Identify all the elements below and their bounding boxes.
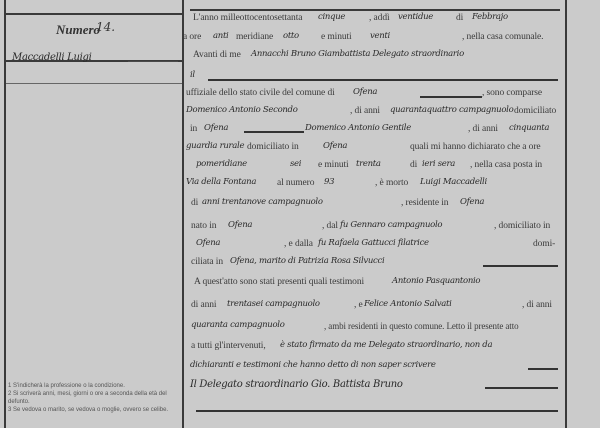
hand-ieri-sera: ieri sera	[422, 159, 455, 169]
hand-residence: Ofena	[460, 197, 484, 207]
text-quali-mi-hanno: quali mi hanno dichiarato che a ore	[410, 142, 541, 152]
hand-deceased: Luigi Maccadelli	[420, 177, 487, 187]
text-dal: , dal	[322, 221, 338, 231]
hand-pomeridiane: pomeridiane	[196, 159, 247, 169]
text-di-3: di	[191, 198, 198, 208]
rule-comune	[420, 96, 482, 98]
text-ufficiale: uffiziale dello stato civile del comune …	[186, 88, 335, 98]
left-thin-rule	[6, 83, 182, 84]
hand-year: cinque	[318, 12, 345, 22]
text-domiciliato-in-2: , domiciliato in	[494, 221, 550, 231]
text-ambi-residenti: , ambi residenti in questo comune. Letto…	[324, 321, 519, 331]
footnotes: 1 S'indicherà la professione o la condiz…	[8, 382, 183, 414]
footnote-2: 2 Si scriverà anni, mesi, giorni o ore a…	[8, 390, 183, 406]
hand-father-place: Ofena	[196, 238, 220, 248]
text-a-ore: a ore	[183, 32, 201, 42]
rule-line19	[528, 368, 558, 370]
text-domiciliato-in: domiciliato in	[247, 142, 299, 152]
text-comparse: , sono comparse	[482, 88, 542, 98]
hand-hour: otto	[283, 31, 299, 41]
hand-witness2-name: Domenico Antonio Gentile	[305, 123, 411, 133]
left-border-line	[4, 0, 6, 428]
register-page: Numero 14. Maccadelli Luigi 1 S'indicher…	[0, 0, 600, 428]
text-e: , e	[354, 300, 363, 310]
column-divider-line	[182, 0, 184, 428]
hand-street: Via della Fontana	[186, 177, 256, 187]
hand-signed-by: è stato firmato da me Delegato straordin…	[280, 340, 492, 350]
text-al-numero: al numero	[277, 178, 314, 188]
text-casa-posta: , nella casa posta in	[470, 160, 542, 170]
hand-declarants: dichiaranti e testimoni che hanno detto …	[190, 360, 436, 370]
rule-line4	[208, 79, 558, 81]
rule-line20	[485, 387, 558, 389]
text-e-minuti: e minuti	[321, 32, 352, 42]
right-border-line	[565, 0, 567, 428]
hand-birthplace: Ofena	[228, 220, 252, 230]
hand-witness4: Felice Antonio Salvati	[364, 299, 452, 309]
text-di-anni-4: , di anni	[522, 300, 552, 310]
numero-value: 14.	[96, 20, 115, 34]
hand-day: ventidue	[398, 12, 433, 22]
hand-anti: anti	[213, 31, 228, 41]
text-residente: , residente in	[401, 198, 448, 208]
top-rule-right	[190, 9, 560, 11]
text-ciliata-in: ciliata in	[191, 257, 223, 267]
rule-bottom	[196, 410, 558, 412]
text-domiciliato: domiciliato	[514, 106, 556, 116]
text-anno: L'anno milleottocentosettanta	[193, 13, 302, 23]
deceased-name-margin: Maccadelli Luigi	[12, 52, 92, 63]
hand-witness1-age: quarantaquattro campagnuolo	[390, 105, 513, 115]
text-addi: , addì	[369, 13, 390, 23]
name-underline	[128, 61, 178, 62]
hand-house-number: 93	[324, 177, 334, 187]
text-di-anni-2: , di anni	[468, 124, 498, 134]
hand-witness2-job: guardia rurale	[186, 141, 244, 151]
numero-label: Numero	[56, 22, 100, 38]
text-di-anni: , di anni	[350, 106, 380, 116]
text-e-morto: , è morto	[375, 178, 408, 188]
hand-death-hour: sei	[290, 159, 301, 169]
hand-comune: Ofena	[353, 87, 377, 97]
text-nato-in: nato in	[191, 221, 216, 231]
text-avanti: Avanti di me	[193, 50, 241, 60]
rule-place1	[244, 131, 304, 133]
hand-witness3: Antonio Pasquantonio	[392, 276, 480, 286]
hand-witness4-age: quaranta campagnuolo	[191, 320, 285, 330]
hand-place1: Ofena	[204, 123, 228, 133]
hand-signature: Il Delegato straordinario Gio. Battista …	[190, 379, 403, 390]
text-testimoni: A quest'atto sono stati presenti quali t…	[194, 277, 364, 287]
text-di-2: di	[410, 160, 417, 170]
hand-mother: fu Rafaela Gattucci filatrice	[318, 238, 429, 248]
hand-witness2-age: cinquanta	[509, 123, 549, 133]
hand-witness3-age: trentasei campagnuolo	[227, 299, 320, 309]
hand-place2: Ofena	[323, 141, 347, 151]
hand-father: fu Gennaro campagnuolo	[340, 220, 442, 230]
hand-mother-place: Ofena, marito di Patrizia Rosa Silvucci	[230, 256, 384, 266]
hand-month: Febbrajo	[472, 12, 508, 22]
text-a-tutti: a tutti gl'intervenuti,	[191, 341, 266, 351]
text-di: di	[456, 13, 463, 23]
hand-witness1-name: Domenico Antonio Secondo	[186, 105, 298, 115]
text-e-minuti-2: e minuti	[318, 160, 349, 170]
hand-officer: Annacchi Bruno Giambattista Delegato str…	[251, 49, 464, 59]
text-meridiane: meridiane	[236, 32, 273, 42]
hand-il: il	[190, 70, 195, 80]
footnote-3: 3 Se vedova o marito, se vedova o moglie…	[8, 406, 183, 414]
text-domi: domi-	[533, 239, 555, 249]
hand-deceased-age: anni trentanove campagnuolo	[202, 197, 323, 207]
hand-death-minutes: trenta	[356, 159, 381, 169]
text-e-dalla: , e dalla	[284, 239, 313, 249]
footnote-1: 1 S'indicherà la professione o la condiz…	[8, 382, 183, 390]
text-di-anni-3: di anni	[191, 300, 216, 310]
hand-minutes: venti	[370, 31, 390, 41]
top-rule-left	[6, 13, 182, 15]
text-in: in	[190, 124, 197, 134]
text-casa-comunale: , nella casa comunale.	[462, 32, 543, 42]
rule-line14	[483, 265, 558, 267]
